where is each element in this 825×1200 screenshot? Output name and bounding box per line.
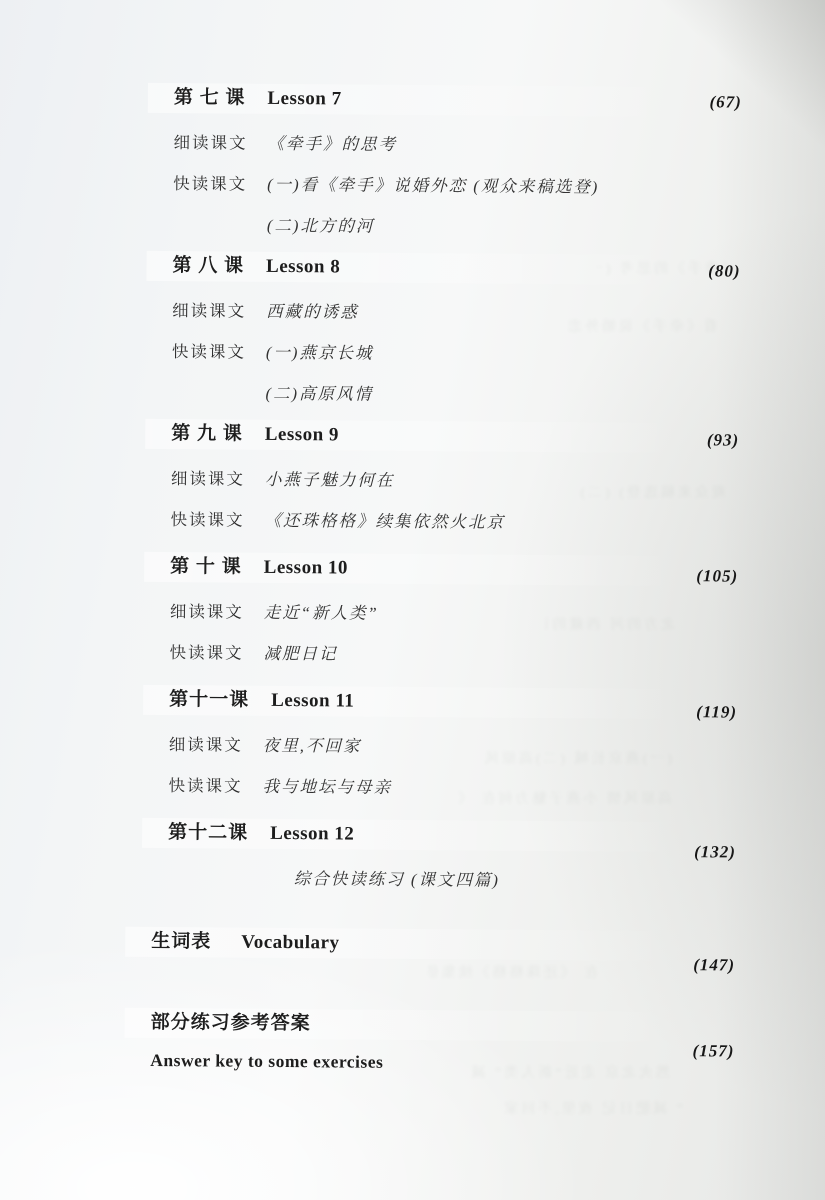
row-label (173, 215, 267, 236)
lesson-number-cn: 第 九 课 (171, 420, 243, 449)
row-label: 细读课文 (171, 469, 265, 490)
row-label: 快读课文 (170, 510, 264, 531)
toc-section-lesson-7: 第 七 课 Lesson 7 (67) 细读课文 《牵手》的思考 快读课文 (一… (157, 84, 742, 240)
lesson-number-cn: 第 十 课 (170, 553, 242, 582)
section-heading: 第 八 课 Lesson 8 (80) (172, 252, 740, 284)
page-number: (147) (693, 951, 735, 979)
row-text: 《还珠格格》续集依然火北京 (264, 511, 738, 535)
row-text: 我与地坛与母亲 (262, 777, 736, 801)
row-label: 快读课文 (172, 342, 266, 363)
lesson-title-en: Lesson 8 (266, 253, 340, 282)
toc-row: 快读课文 《还珠格格》续集依然火北京 (170, 510, 738, 534)
row-text: 西藏的诱惑 (266, 302, 740, 326)
row-label: 细读课文 (170, 602, 264, 623)
toc-row: (二)高原风情 (171, 383, 739, 407)
toc-row: 快读课文 减肥日记 (169, 643, 737, 667)
row-text: 减肥日记 (263, 644, 737, 668)
row-label (168, 868, 262, 889)
row-label (171, 383, 265, 404)
section-heading: 第 九 课 Lesson 9 (93) (171, 420, 739, 452)
answer-key-subtitle-en: Answer key to some exercises (150, 1050, 734, 1076)
toc-row: 细读课文 《牵手》的思考 (173, 133, 741, 157)
toc-section-lesson-8: 第 八 课 Lesson 8 (80) 细读课文 西藏的诱惑 快读课文 (一)燕… (155, 252, 740, 408)
section-heading: 第 十 课 Lesson 10 (105) (170, 553, 738, 585)
section-heading: 第十一课 Lesson 11 (119) (169, 686, 737, 718)
page-bleedthrough-text: ” 减肥日记 夜里,不回家 (448, 1098, 683, 1118)
page-number: (105) (696, 562, 738, 590)
toc-row: 综合快读练习 (课文四篇) (168, 868, 736, 892)
row-label: 细读课文 (173, 133, 267, 154)
row-text: (二)北方的河 (267, 216, 741, 240)
book-page-photo: 《牵手》的思考 (一)看《牵 看《牵手》说婚外恋 (观众来 观众来稿选登) (二… (0, 0, 825, 1200)
page-number: (157) (692, 1037, 734, 1065)
row-label: 快读课文 (168, 776, 262, 797)
row-text: 《牵手》的思考 (267, 134, 741, 158)
page-number: (132) (694, 838, 736, 866)
row-label: 快读课文 (173, 174, 267, 195)
page-number: (119) (696, 698, 737, 726)
lesson-title-en: Lesson 12 (270, 820, 354, 849)
row-label: 细读课文 (169, 735, 263, 756)
row-text: 夜里,不回家 (263, 736, 737, 760)
toc-section-answer-key: 部分练习参考答案 (157) Answer key to some exerci… (150, 1009, 734, 1076)
toc-section-vocabulary: 生词表 Vocabulary (147) (151, 928, 735, 961)
page-number: (93) (707, 426, 740, 454)
toc-section-lesson-10: 第 十 课 Lesson 10 (105) 细读课文 走近“新人类” 快读课文 … (153, 553, 738, 668)
toc-section-lesson-12: 第十二课 Lesson 12 (132) 综合快读练习 (课文四篇) (152, 819, 737, 893)
toc-section-lesson-11: 第十一课 Lesson 11 (119) 细读课文 夜里,不回家 快读课文 我与… (152, 686, 737, 801)
lesson-number-cn: 第 七 课 (174, 84, 246, 113)
section-heading: 第十二课 Lesson 12 (132) (168, 819, 736, 851)
page-number: (67) (709, 88, 742, 116)
toc-content: 第 七 课 Lesson 7 (67) 细读课文 《牵手》的思考 快读课文 (一… (150, 84, 742, 1076)
section-heading: 第 七 课 Lesson 7 (67) (174, 84, 742, 116)
row-text: (二)高原风情 (265, 384, 739, 408)
toc-row: 快读课文 (一)燕京长城 (172, 342, 740, 366)
lesson-number-cn: 第十二课 (168, 819, 248, 848)
toc-row: (二)北方的河 (173, 215, 741, 239)
section-heading: 生词表 Vocabulary (147) (151, 928, 735, 961)
lesson-number-cn: 第十一课 (169, 686, 249, 715)
row-text: (一)燕京长城 (266, 343, 740, 367)
row-label: 快读课文 (169, 643, 263, 664)
toc-section-lesson-9: 第 九 课 Lesson 9 (93) 细读课文 小燕子魅力何在 快读课文 《还… (154, 420, 739, 535)
lesson-title-en: Lesson 7 (267, 85, 341, 114)
lesson-title-en: Lesson 11 (271, 687, 354, 716)
answer-key-title-cn: 部分练习参考答案 (151, 1009, 311, 1038)
lesson-title-en: Lesson 10 (264, 554, 348, 583)
page-number: (80) (708, 257, 741, 285)
toc-row: 细读课文 夜里,不回家 (169, 735, 737, 759)
toc-row: 快读课文 我与地坛与母亲 (168, 776, 736, 800)
row-text: 小燕子魅力何在 (265, 470, 739, 494)
lesson-number-cn: 第 八 课 (172, 252, 244, 281)
toc-row: 细读课文 走近“新人类” (170, 602, 738, 626)
vocabulary-title-cn: 生词表 (151, 928, 211, 956)
toc-row: 细读课文 西藏的诱惑 (172, 301, 740, 325)
section-heading: 部分练习参考答案 (157) (151, 1009, 735, 1042)
row-text: (一)看《牵手》说婚外恋 (观众来稿选登) (267, 175, 741, 199)
row-label: 细读课文 (172, 301, 266, 322)
vocabulary-title-en: Vocabulary (241, 929, 339, 958)
row-text: 综合快读练习 (课文四篇) (262, 869, 736, 893)
lesson-title-en: Lesson 9 (265, 421, 339, 450)
toc-row: 细读课文 小燕子魅力何在 (171, 469, 739, 493)
toc-row: 快读课文 (一)看《牵手》说婚外恋 (观众来稿选登) (173, 174, 741, 198)
row-text: 走近“新人类” (264, 603, 738, 627)
